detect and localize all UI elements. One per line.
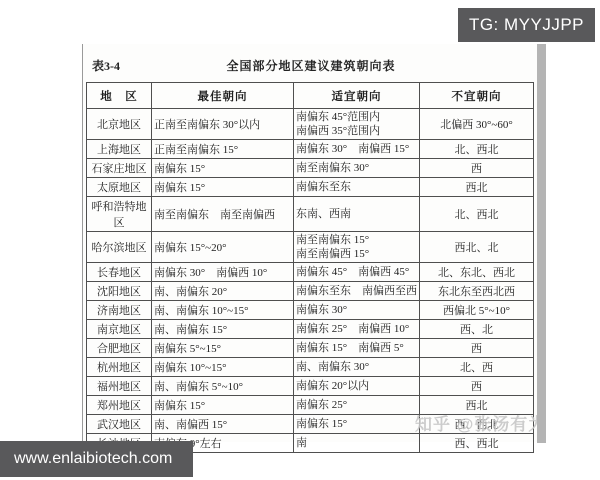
cell-suitable-orientation: 南偏东 15° [294,415,420,434]
table-header-row: 地 区 最佳朝向 适宜朝向 不宜朝向 [87,83,534,109]
cell-best-orientation: 南偏东 15°~20° [152,232,294,263]
cell-avoid-orientation: 东北东至西北西 [420,282,534,301]
col-header-best: 最佳朝向 [152,83,294,109]
cell-suitable-orientation: 南偏东 45°范围内 南偏西 35°范围内 [294,109,420,140]
cell-avoid-orientation: 西、北 [420,320,534,339]
scanned-table-page: 表3-4 全国部分地区建议建筑朝向表 地 区 最佳朝向 适宜朝向 不宜朝向 北京… [82,44,539,442]
table-row: 石家庄地区 南偏东 15° 南至南偏东 30° 西 [87,159,534,178]
cell-avoid-orientation: 西 [420,339,534,358]
cell-avoid-orientation: 西 [420,159,534,178]
cell-avoid-orientation: 西 [420,377,534,396]
building-orientation-table: 地 区 最佳朝向 适宜朝向 不宜朝向 北京地区 正南至南偏东 30°以内 南偏东… [86,82,534,453]
cell-avoid-orientation: 西北、北 [420,232,534,263]
table-row: 北京地区 正南至南偏东 30°以内 南偏东 45°范围内 南偏西 35°范围内 … [87,109,534,140]
table-row: 济南地区 南、南偏东 10°~15° 南偏东 30° 西偏北 5°~10° [87,301,534,320]
cell-best-orientation: 南至南偏东 南至南偏西 [152,197,294,232]
table-row: 福州地区 南、南偏东 5°~10° 南偏东 20°以内 西 [87,377,534,396]
col-header-region: 地 区 [87,83,152,109]
cell-region: 哈尔滨地区 [87,232,152,263]
table-row: 武汉地区 南、南偏西 15° 南偏东 15° 西、西北 [87,415,534,434]
table-caption-row: 表3-4 全国部分地区建议建筑朝向表 [83,44,539,82]
table-row: 沈阳地区 南、南偏东 20° 南偏东至东 南偏西至西 东北东至西北西 [87,282,534,301]
cell-region: 武汉地区 [87,415,152,434]
cell-suitable-orientation: 南偏东 45° 南偏西 45° [294,263,420,282]
cell-region: 北京地区 [87,109,152,140]
cell-region: 上海地区 [87,140,152,159]
cell-best-orientation: 南、南偏东 10°~15° [152,301,294,320]
cell-best-orientation: 南偏东 15° [152,178,294,197]
scan-edge-bar [537,44,546,443]
cell-best-orientation: 南、南偏东 15° [152,320,294,339]
cell-region: 南京地区 [87,320,152,339]
table-row: 合肥地区 南偏东 5°~15° 南偏东 15° 南偏西 5° 西 [87,339,534,358]
cell-region: 福州地区 [87,377,152,396]
col-header-suitable: 适宜朝向 [294,83,420,109]
tg-watermark-badge: TG: MYYJJPP [458,8,595,42]
cell-region: 沈阳地区 [87,282,152,301]
cell-best-orientation: 南、南偏东 20° [152,282,294,301]
table-row: 哈尔滨地区 南偏东 15°~20° 南至南偏东 15° 南至南偏西 15° 西北… [87,232,534,263]
cell-avoid-orientation: 北、西 [420,358,534,377]
cell-best-orientation: 南、南偏东 5°~10° [152,377,294,396]
cell-region: 合肥地区 [87,339,152,358]
cell-suitable-orientation: 南偏东 15° 南偏西 5° [294,339,420,358]
table-row: 上海地区 正南至南偏东 15° 南偏东 30° 南偏西 15° 北、西北 [87,140,534,159]
cell-suitable-orientation: 南、南偏东 30° [294,358,420,377]
cell-best-orientation: 南偏东 15° [152,396,294,415]
cell-suitable-orientation: 南至南偏东 15° 南至南偏西 15° [294,232,420,263]
cell-best-orientation: 正南至南偏东 15° [152,140,294,159]
cell-best-orientation: 南、南偏西 15° [152,415,294,434]
cell-best-orientation: 南偏东 15° [152,159,294,178]
cell-suitable-orientation: 南至南偏东 30° [294,159,420,178]
cell-avoid-orientation: 西、西北 [420,434,534,453]
cell-best-orientation: 正南至南偏东 30°以内 [152,109,294,140]
cell-avoid-orientation: 西、西北 [420,415,534,434]
cell-avoid-orientation: 北、西北 [420,140,534,159]
cell-region: 石家庄地区 [87,159,152,178]
cell-suitable-orientation: 东南、西南 [294,197,420,232]
cell-region: 郑州地区 [87,396,152,415]
table-row: 郑州地区 南偏东 15° 南偏东 25° 西北 [87,396,534,415]
table-row: 呼和浩特地区 南至南偏东 南至南偏西 东南、西南 北、西北 [87,197,534,232]
cell-avoid-orientation: 西北 [420,396,534,415]
cell-avoid-orientation: 北、西北 [420,197,534,232]
cell-best-orientation: 南偏东 10°~15° [152,358,294,377]
cell-avoid-orientation: 西偏北 5°~10° [420,301,534,320]
screenshot-root: TG: MYYJJPP 表3-4 全国部分地区建议建筑朝向表 地 区 最佳朝向 … [0,0,600,480]
cell-suitable-orientation: 南偏东 30° [294,301,420,320]
table-row: 长春地区 南偏东 30° 南偏西 10° 南偏东 45° 南偏西 45° 北、东… [87,263,534,282]
cell-suitable-orientation: 南偏东至东 [294,178,420,197]
col-header-avoid: 不宜朝向 [420,83,534,109]
cell-suitable-orientation: 南 [294,434,420,453]
table-row: 杭州地区 南偏东 10°~15° 南、南偏东 30° 北、西 [87,358,534,377]
cell-suitable-orientation: 南偏东 25° 南偏西 10° [294,320,420,339]
cell-region: 太原地区 [87,178,152,197]
cell-best-orientation: 南偏东 30° 南偏西 10° [152,263,294,282]
cell-avoid-orientation: 西北 [420,178,534,197]
cell-suitable-orientation: 南偏东 25° [294,396,420,415]
cell-best-orientation: 南偏东 5°~15° [152,339,294,358]
cell-region: 呼和浩特地区 [87,197,152,232]
cell-suitable-orientation: 南偏东 20°以内 [294,377,420,396]
site-watermark-badge: www.enlaibiotech.com [0,441,193,477]
table-row: 南京地区 南、南偏东 15° 南偏东 25° 南偏西 10° 西、北 [87,320,534,339]
cell-region: 济南地区 [87,301,152,320]
table-row: 太原地区 南偏东 15° 南偏东至东 西北 [87,178,534,197]
cell-suitable-orientation: 南偏东 30° 南偏西 15° [294,140,420,159]
cell-avoid-orientation: 北偏西 30°~60° [420,109,534,140]
cell-avoid-orientation: 北、东北、西北 [420,263,534,282]
cell-suitable-orientation: 南偏东至东 南偏西至西 [294,282,420,301]
table-title: 全国部分地区建议建筑朝向表 [83,57,539,74]
cell-region: 长春地区 [87,263,152,282]
cell-region: 杭州地区 [87,358,152,377]
